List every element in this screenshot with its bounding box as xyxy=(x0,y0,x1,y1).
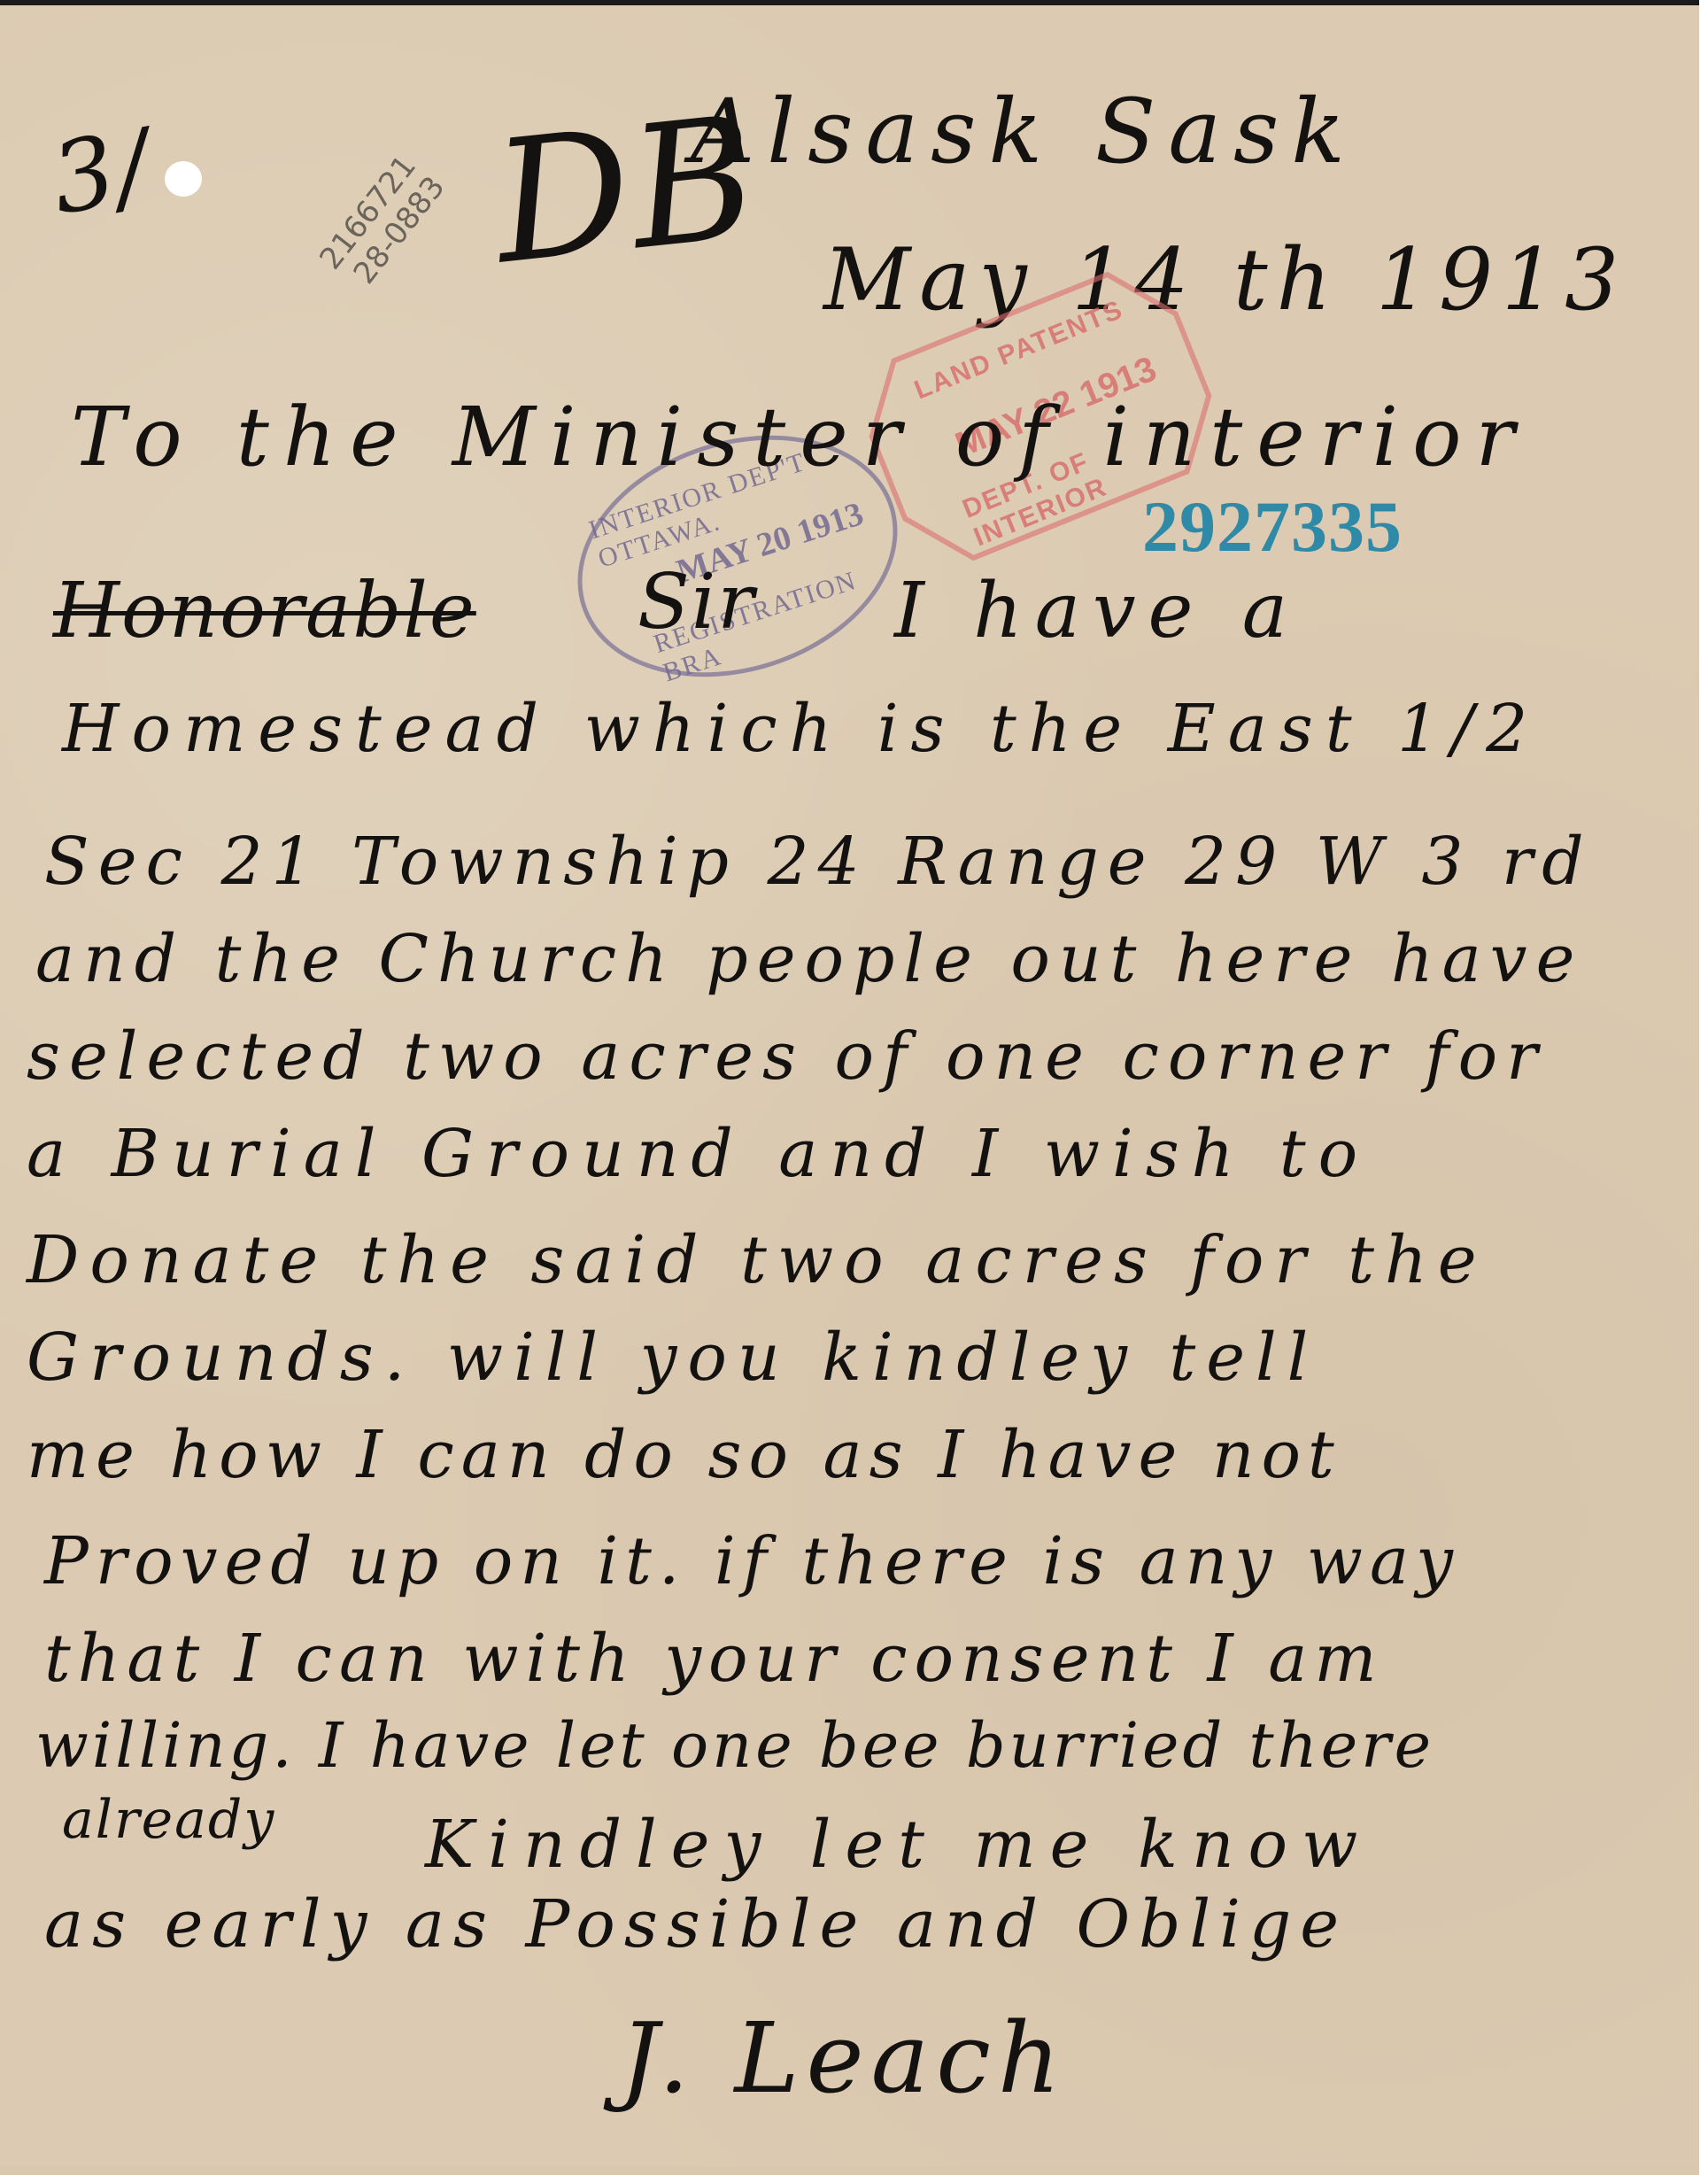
body-line: me how I can do so as I have not xyxy=(27,1417,1341,1493)
scan-right-border xyxy=(1699,0,1708,2175)
body-line: I have a xyxy=(894,567,1300,655)
body-line: willing. I have let one bee burried ther… xyxy=(35,1709,1434,1782)
body-line: Homestead which is the East 1/2 xyxy=(62,691,1540,767)
body-line: selected two acres of one corner for xyxy=(27,1018,1547,1095)
body-line: as early as Possible and Oblige xyxy=(44,1886,1348,1962)
struck-honorific: Honorable xyxy=(53,567,476,655)
body-line: and the Church people out here have xyxy=(35,921,1583,997)
punch-hole xyxy=(165,161,202,197)
body-line: that I can with your consent I am xyxy=(44,1621,1384,1697)
body-line: Grounds. will you kindley tell xyxy=(27,1320,1318,1396)
body-line: already xyxy=(62,1789,275,1851)
body-line: a Burial Ground and I wish to xyxy=(27,1116,1370,1192)
file-number-stamp: 2927335 xyxy=(1142,485,1403,569)
body-line: Proved up on it. if there is any way xyxy=(44,1523,1460,1599)
body-line: Sec 21 Township 24 Range 29 W 3 rd xyxy=(44,824,1593,900)
salutation-line: To the Minister of interior xyxy=(71,390,1528,484)
signature: J. Leach xyxy=(620,2001,1068,2115)
body-line: Donate the said two acres for the xyxy=(27,1222,1487,1298)
letter-place: Alsask Sask xyxy=(691,80,1357,183)
corner-mark: 3/ xyxy=(43,108,160,236)
letter-date: May 14 th 1913 xyxy=(823,230,1627,329)
salutation-sir: Sir xyxy=(638,558,756,646)
body-line: Kindley let me know xyxy=(425,1807,1372,1883)
